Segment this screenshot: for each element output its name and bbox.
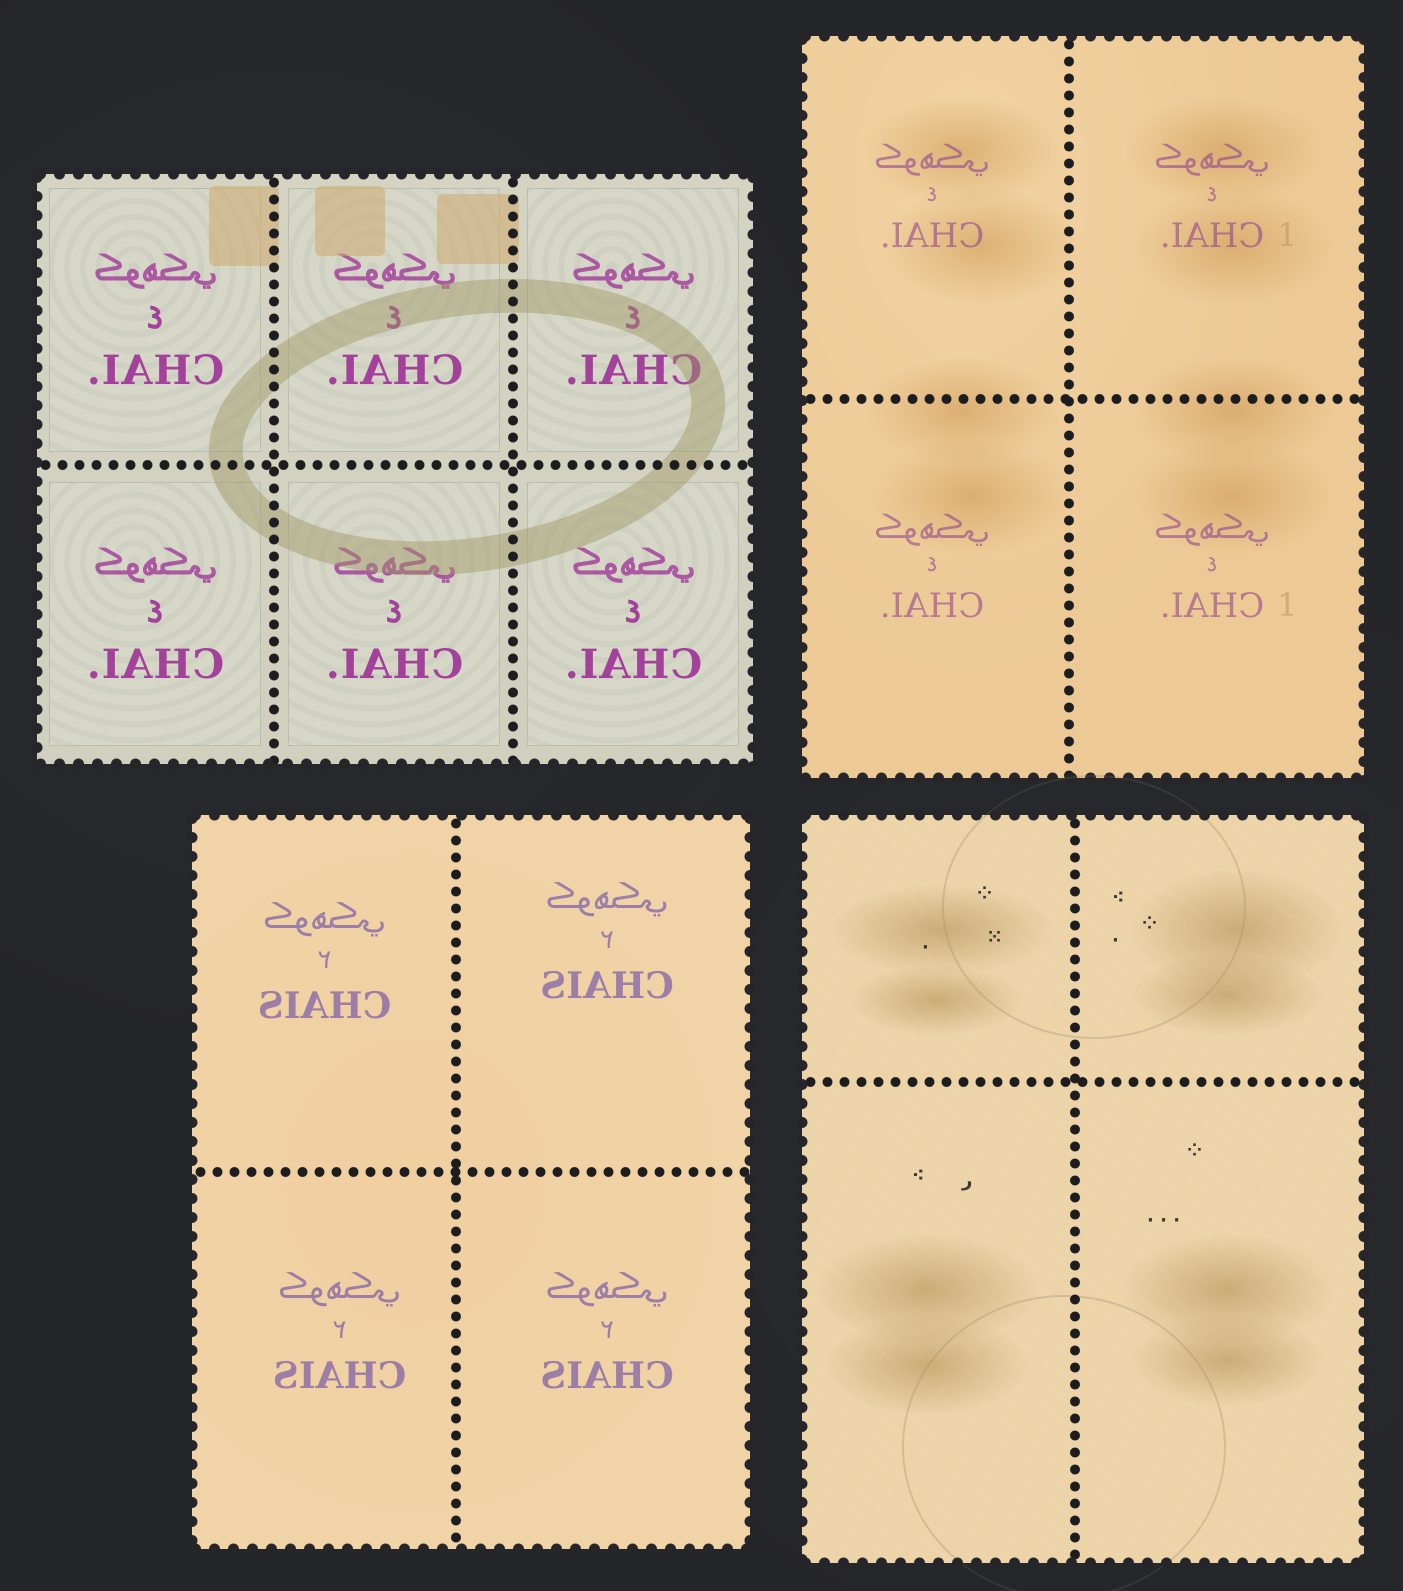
overprint-latin: CHAI. [1077, 586, 1347, 626]
hinge-remnant [437, 194, 519, 264]
overprint-numeral: ٢ [472, 925, 742, 955]
stamp: ڪوهڪي ٤ CHAI. [802, 406, 1062, 776]
stamp: ڪوهڪي ٢ CHAIS [207, 1185, 472, 1547]
stamp: ڪوهڪي ٤ CHAI. [802, 36, 1062, 396]
stamp: ڪوهڪي ٤ CHAI. [49, 482, 261, 746]
ghost-value: 1 [1277, 586, 1297, 624]
gum-stain [852, 965, 1022, 1035]
overprint-arabic: ڪوهڪي [802, 508, 1062, 546]
stamp: ڪوهڪي ٢ CHAIS [192, 815, 457, 1177]
overprint-numeral: ٢ [472, 1315, 742, 1345]
overprint-latin: CHAI. [528, 641, 738, 688]
gum-stain [1132, 955, 1322, 1035]
stamp-block-top-left: ڪوهڪي ٤ CHAI. ڪوهڪي ٤ CHAI. ڪوهڪي ٤ CHAI… [37, 174, 753, 764]
overprint-arabic: ڪوهڪي [207, 1267, 472, 1307]
ink-speck: ⁖ [1112, 887, 1124, 908]
gum-stain [1132, 1315, 1322, 1405]
overprint-arabic: ڪوهڪي [472, 877, 742, 917]
overprint-numeral: ٤ [1077, 552, 1347, 577]
overprint-latin: CHAI. [802, 586, 1062, 626]
ink-speck: ⁘ [1142, 913, 1157, 934]
ink-speck: ⁘ [1187, 1140, 1202, 1161]
stamp: ڪوهڪي ٤ CHAI. 1 [1077, 406, 1347, 776]
ink-speck: ر [962, 1170, 972, 1191]
overprint-arabic: ڪوهڪي [1077, 508, 1347, 546]
ghost-value: 1 [1277, 216, 1297, 254]
overprint-arabic: ڪوهڪي [48, 543, 262, 583]
hinge-remnant [209, 186, 279, 266]
overprint-latin: CHAIS [192, 985, 457, 1027]
overprint-latin: CHAI. [50, 641, 260, 688]
overprint-numeral: ٤ [50, 297, 260, 337]
overprint-arabic: ڪوهڪي [192, 897, 457, 937]
overprint-latin: CHAIS [472, 965, 742, 1007]
ink-speck: ⁙ [987, 927, 1002, 948]
stamp: ڪوهڪي ٢ CHAIS [472, 795, 742, 1157]
overprint-arabic: ڪوهڪي [1077, 138, 1347, 176]
overprint-numeral: ٤ [528, 591, 738, 631]
overprint-latin: CHAI. [802, 216, 1062, 256]
stamp-block-bottom-left: ڪوهڪي ٢ CHAIS ڪوهڪي ٢ CHAIS ڪوهڪي ٢ CHAI… [192, 815, 750, 1549]
overprint-latin: CHAI. [289, 641, 499, 688]
overprint-arabic: ڪوهڪي [472, 1267, 742, 1307]
stamp: ڪوهڪي ٢ CHAIS [472, 1185, 742, 1547]
ink-speck: ⁘ [977, 883, 992, 904]
overprint-latin: CHAIS [207, 1355, 472, 1397]
ink-speck: · · · [1147, 1210, 1180, 1231]
stamp: ڪوهڪي ٤ CHAI. 1 [1077, 36, 1347, 396]
overprint-latin: CHAI. [50, 347, 260, 394]
overprint-latin: CHAIS [472, 1355, 742, 1397]
overprint-latin: CHAI. [1077, 216, 1347, 256]
overprint-numeral: ٤ [802, 552, 1062, 577]
ink-speck: · [1112, 930, 1119, 951]
stamp-block-bottom-right: ⁘ ⁙ · ⁖ ⁘ · ⁖ ر ⁘ · · · [802, 815, 1364, 1563]
overprint-numeral: ٢ [192, 945, 457, 975]
stamp-block-top-right: ڪوهڪي ٤ CHAI. ڪوهڪي ٤ CHAI. 1 ڪوهڪي ٤ CH… [802, 36, 1364, 778]
overprint-arabic: ڪوهڪي [802, 138, 1062, 176]
hinge-remnant [315, 186, 385, 256]
overprint-numeral: ٤ [289, 591, 499, 631]
gum-stain [832, 885, 1052, 975]
ink-speck: ⁖ [912, 1165, 924, 1186]
overprint-numeral: ٤ [802, 182, 1062, 207]
gum-stain [827, 1315, 1027, 1415]
overprint-numeral: ٤ [50, 591, 260, 631]
ink-speck: · [922, 937, 929, 958]
overprint-numeral: ٢ [207, 1315, 472, 1345]
overprint-numeral: ٤ [1077, 182, 1347, 207]
